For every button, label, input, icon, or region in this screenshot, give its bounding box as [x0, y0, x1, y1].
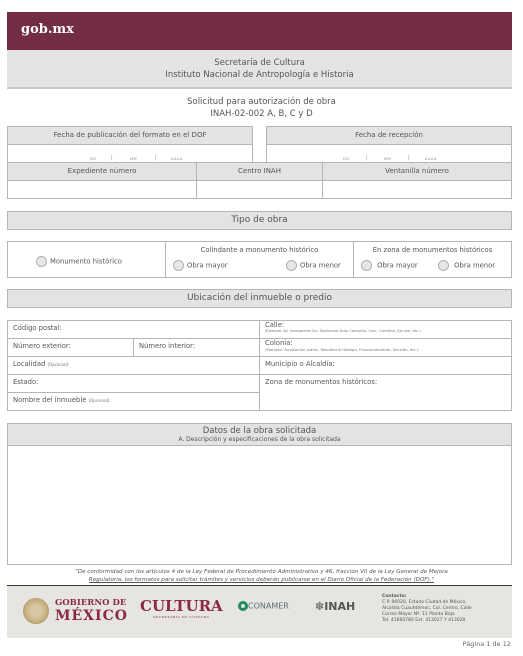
- field-label: Localidad: [13, 360, 45, 368]
- radio-button[interactable]: [438, 260, 449, 271]
- localidad-field[interactable]: Localidad (Opcional):: [7, 356, 260, 375]
- option-label: Obra mayor: [377, 262, 418, 270]
- zona-monumentos-field[interactable]: Zona de monumentos históricos:: [259, 374, 512, 411]
- gob-mx-header-bar: gob.mx: [7, 12, 512, 50]
- org-line-2: Instituto Nacional de Antropología e His…: [7, 69, 512, 81]
- zona-cell: En zona de monumentos históricos Obra ma…: [353, 241, 512, 278]
- tipo-obra-section-header: Tipo de obra: [7, 211, 512, 230]
- logo-subtext: SECRETARÍA DE CULTURA: [140, 615, 223, 619]
- field-label: Calle:: [265, 322, 506, 329]
- option-label: Monumento histórico: [50, 258, 122, 266]
- estado-field[interactable]: Estado:: [7, 374, 260, 393]
- mexico-coat-of-arms-icon: [23, 598, 49, 624]
- option-label: Obra mayor: [187, 262, 228, 270]
- dof-date-header: Fecha de publicación del formato en el D…: [7, 126, 253, 145]
- expediente-field[interactable]: [7, 180, 197, 199]
- municipio-field[interactable]: Municipio o Alcaldía:: [259, 356, 512, 375]
- logo-text: CULTURA: [140, 597, 223, 615]
- field-label: Estado:: [13, 378, 38, 386]
- monumento-option[interactable]: Monumento histórico: [36, 256, 122, 267]
- contact-block: Contacto: C.P. 06020, Estado Ciudad de M…: [382, 594, 472, 624]
- section-title: Datos de la obra solicitada: [8, 426, 511, 436]
- form-code: INAH-02-002 A, B, C y D: [0, 108, 523, 120]
- gobierno-de-mexico-logo: GOBIERNO DE MÉXICO: [55, 598, 128, 623]
- dd-hint: DD: [343, 157, 349, 161]
- zona-obra-mayor-option[interactable]: Obra mayor: [361, 260, 418, 271]
- field-label: Número interior:: [139, 342, 195, 350]
- date-separator: |: [408, 155, 410, 161]
- dd-hint: DD: [90, 157, 96, 161]
- example-hint: (Ejemplo: Av. Insurgentes Sur, Boulevard…: [265, 329, 506, 334]
- legal-note-line-1: "De conformidad con los artículos 4 de l…: [0, 568, 523, 576]
- aaaa-hint: AAAA: [171, 157, 183, 161]
- colindante-cell: Colindante a monumento histórico Obra ma…: [165, 241, 354, 278]
- optional-hint: (Opcional):: [47, 362, 69, 367]
- centro-inah-header: Centro INAH: [196, 162, 323, 181]
- date-separator: |: [155, 155, 157, 161]
- org-line-1: Secretaría de Cultura: [7, 57, 512, 69]
- monumento-cell: Monumento histórico: [7, 241, 166, 278]
- option-label: Obra menor: [454, 262, 495, 270]
- section-subtitle: A. Descripción y especificaciones de la …: [8, 436, 511, 443]
- gob-mx-logo[interactable]: gob.mx: [21, 22, 74, 37]
- nombre-inmueble-field[interactable]: Nombre del inmueble (Opcional):: [7, 392, 260, 411]
- colindante-obra-menor-option[interactable]: Obra menor: [286, 260, 341, 271]
- logo-text: INAH: [324, 600, 355, 613]
- example-hint: (Ejemplo: Ampliación Juárez, Residencia …: [265, 347, 506, 352]
- descripcion-obra-textarea[interactable]: [7, 445, 512, 565]
- reception-date-field[interactable]: DD | MM | AAAA: [266, 144, 512, 163]
- option-label: Obra menor: [300, 262, 341, 270]
- radio-button[interactable]: [173, 260, 184, 271]
- expediente-header: Expediente número: [7, 162, 197, 181]
- mm-hint: MM: [130, 157, 137, 161]
- dof-date-field[interactable]: DD | MM | AAAA: [7, 144, 253, 163]
- radio-button[interactable]: [36, 256, 47, 267]
- radio-button[interactable]: [286, 260, 297, 271]
- inah-logo: ✽INAH: [315, 600, 355, 613]
- field-label: Colonia:: [265, 340, 506, 347]
- zona-title: En zona de monumentos históricos: [354, 246, 511, 254]
- colonia-field[interactable]: Colonia: (Ejemplo: Ampliación Juárez, Re…: [259, 338, 512, 357]
- footer-band: GOBIERNO DE MÉXICO CULTURA SECRETARÍA DE…: [7, 586, 512, 638]
- centro-inah-field[interactable]: [196, 180, 323, 199]
- field-label: Zona de monumentos históricos:: [265, 378, 377, 386]
- page-number: Página 1 de 12: [463, 640, 511, 648]
- date-separator: |: [366, 155, 368, 161]
- logo-text: CONAMER: [248, 602, 289, 611]
- inah-emblem-icon: ✽: [315, 600, 324, 613]
- contact-line: Tel. 41660780 Ext. 413027 Y 413028: [382, 618, 472, 624]
- zona-obra-menor-option[interactable]: Obra menor: [438, 260, 495, 271]
- logo-text: MÉXICO: [55, 609, 128, 623]
- field-label: Municipio o Alcaldía:: [265, 360, 335, 368]
- colindante-title: Colindante a monumento histórico: [166, 246, 353, 254]
- mm-hint: MM: [384, 157, 391, 161]
- ventanilla-field[interactable]: [322, 180, 512, 199]
- date-separator: |: [111, 155, 113, 161]
- codigo-postal-field[interactable]: Código postal:: [7, 320, 260, 339]
- form-title-line-1: Solicitud para autorización de obra: [0, 96, 523, 108]
- calle-field[interactable]: Calle: (Ejemplo: Av. Insurgentes Sur, Bo…: [259, 320, 512, 339]
- aaaa-hint: AAAA: [425, 157, 437, 161]
- institution-band: Secretaría de Cultura Instituto Nacional…: [7, 50, 512, 89]
- reception-date-header: Fecha de recepción: [266, 126, 512, 145]
- cultura-logo: CULTURA SECRETARÍA DE CULTURA: [140, 597, 223, 619]
- conamer-logo: CONAMER: [238, 601, 289, 611]
- numero-exterior-field[interactable]: Número exterior:: [7, 338, 134, 357]
- optional-hint: (Opcional):: [89, 398, 111, 403]
- conamer-icon: [238, 601, 248, 611]
- field-label: Código postal:: [13, 324, 62, 332]
- field-label: Nombre del inmueble: [13, 396, 86, 404]
- form-title: Solicitud para autorización de obra INAH…: [0, 96, 523, 120]
- datos-obra-section-header: Datos de la obra solicitada A. Descripci…: [7, 423, 512, 446]
- radio-button[interactable]: [361, 260, 372, 271]
- ventanilla-header: Ventanilla número: [322, 162, 512, 181]
- numero-interior-field[interactable]: Número interior:: [133, 338, 260, 357]
- colindante-obra-mayor-option[interactable]: Obra mayor: [173, 260, 228, 271]
- legal-note: "De conformidad con los artículos 4 de l…: [0, 568, 523, 584]
- legal-note-line-2: Regulatoria, los formatos para solicitar…: [0, 576, 523, 584]
- field-label: Número exterior:: [13, 342, 71, 350]
- ubicacion-section-header: Ubicación del inmueble o predio: [7, 289, 512, 308]
